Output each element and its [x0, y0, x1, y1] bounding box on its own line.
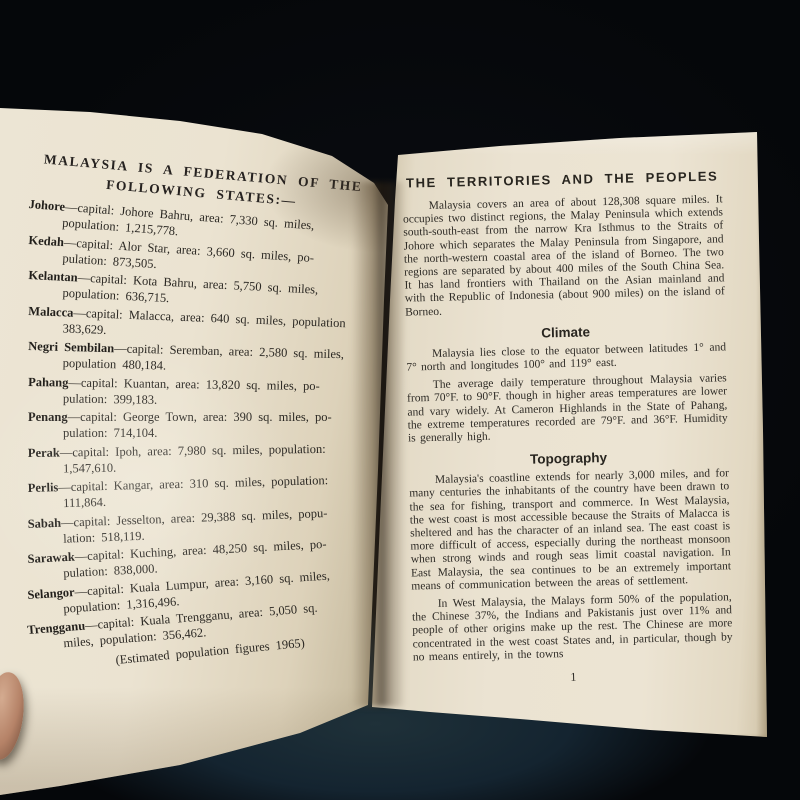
state-name: Perlis — [28, 480, 59, 495]
climate-heading: Climate — [406, 321, 726, 343]
state-name: Kedah — [28, 233, 64, 249]
right-page: THE TERRITORIES AND THE PEOPLES Malaysia… — [365, 125, 770, 745]
left-page: MALAYSIA IS A FEDERATION OF THE FOLLOWIN… — [0, 95, 395, 800]
state-details: —capital: Ipoh, area: 7,980 sq. miles, p… — [60, 441, 326, 459]
page-number: 1 — [413, 666, 733, 688]
state-details: —capital: George Town, area: 390 sq. mil… — [68, 410, 332, 424]
climate-paragraph-1: Malaysia lies close to the equator betwe… — [406, 341, 727, 375]
state-name: Johore — [28, 197, 66, 214]
state-name: Kelantan — [28, 268, 78, 284]
state-details: —capital: Kuantan, area: 13,820 sq. mile… — [68, 375, 319, 393]
state-name: Penang — [28, 410, 68, 424]
state-name: Perak — [28, 445, 60, 459]
state-entry-line1: Penang—capital: George Town, area: 390 s… — [28, 410, 378, 426]
states-list: Johore—capital: Johore Bahru, area: 7,33… — [28, 197, 378, 654]
state-entry: Penang—capital: George Town, area: 390 s… — [28, 410, 378, 441]
topography-paragraph-1: Malaysia's coastline extends for nearly … — [409, 468, 732, 594]
chapter-heading: THE TERRITORIES AND THE PEOPLES — [402, 168, 722, 190]
state-entry: Perak—capital: Ipoh, area: 7,980 sq. mil… — [28, 441, 378, 477]
state-entry-line2: pulation: 714,104. — [28, 426, 378, 442]
state-name: Pahang — [28, 375, 68, 390]
intro-paragraph: Malaysia covers an area of about 128,308… — [403, 193, 726, 319]
state-entry: Pahang—capital: Kuantan, area: 13,820 sq… — [28, 375, 378, 411]
photo-background: MALAYSIA IS A FEDERATION OF THE FOLLOWIN… — [0, 0, 800, 800]
topography-heading: Topography — [408, 448, 728, 470]
left-page-content: MALAYSIA IS A FEDERATION OF THE FOLLOWIN… — [28, 148, 378, 676]
right-page-content: THE TERRITORIES AND THE PEOPLES Malaysia… — [402, 168, 734, 688]
state-name: Negri Sembilan — [28, 339, 114, 355]
state-name: Malacca — [28, 304, 74, 320]
state-name: Sabah — [27, 515, 61, 530]
state-name: Sarawak — [27, 550, 75, 566]
climate-paragraph-2: The average daily temperature throughout… — [407, 373, 728, 446]
state-name: Selangor — [27, 584, 75, 601]
topography-paragraph-2: In West Malaysia, the Malays form 50% of… — [412, 591, 733, 664]
